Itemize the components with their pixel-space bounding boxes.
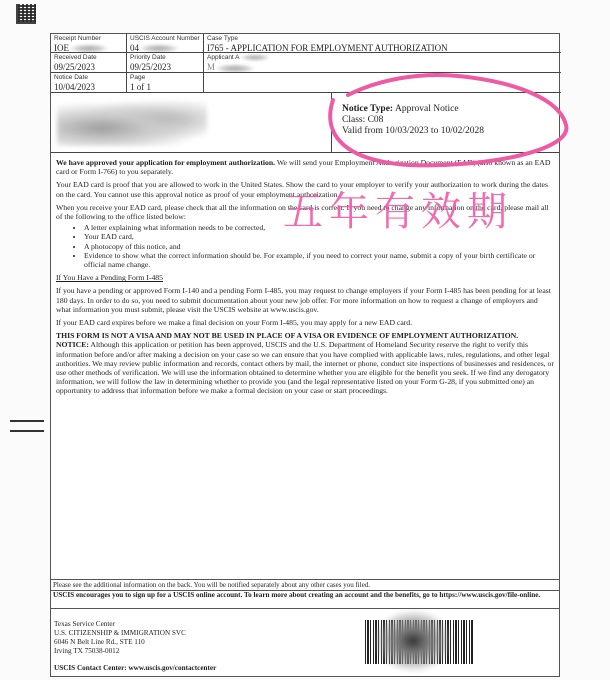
priority-date-value: 09/25/2023 [130, 62, 200, 72]
notice-class: Class: C08 [342, 115, 561, 126]
verification-notice: NOTICE: Although this application or pet… [56, 340, 554, 395]
redaction-blur [215, 64, 255, 73]
additional-info-row: Please see the additional information on… [51, 579, 559, 591]
not-a-visa-warning: THIS FORM IS NOT A VISA AND MAY NOT BE U… [56, 331, 554, 340]
ead-expiry-paragraph: If your EAD card expires before we make … [56, 318, 554, 327]
contact-center-line: USCIS Contact Center: www.uscis.gov/cont… [54, 664, 216, 672]
redaction-blur [373, 610, 453, 672]
i485-paragraph: If you have a pending or approved Form I… [56, 286, 554, 314]
receipt-number-value: IOE [54, 43, 69, 53]
datamatrix-code [16, 4, 36, 24]
service-center-address: Texas Service Center U.S. CITIZENSHIP & … [54, 620, 186, 656]
applicant-name-value: M [207, 62, 215, 72]
page-cell: Page 1 of 1 [127, 73, 204, 93]
applicant-cell: Applicant A M [204, 53, 561, 73]
approval-notice-page: Receipt Number IOE USCIS Account Number … [50, 33, 560, 677]
list-item: A photocopy of this notice, and [84, 242, 554, 251]
case-type-cell: Case Type I765 - APPLICATION FOR EMPLOYM… [204, 34, 561, 53]
notice-type-box: Notice Type: Approval Notice Class: C08 … [331, 93, 561, 152]
i485-heading: If You Have a Pending Form I-485 [56, 273, 554, 282]
empty-cell [204, 73, 561, 93]
scan-edge-mark [10, 420, 44, 422]
priority-date-cell: Priority Date 09/25/2023 [127, 53, 204, 73]
receipt-number-cell: Receipt Number IOE [51, 34, 127, 53]
notice-type-value: Approval Notice [395, 104, 459, 114]
page-value: 1 of 1 [130, 82, 200, 92]
approval-paragraph: We have approved your application for em… [56, 158, 554, 176]
scan-edge-mark [10, 430, 44, 432]
online-account-row: USCIS encourages you to sign up for a US… [51, 591, 559, 609]
validity-period: Valid from 10/03/2023 to 10/02/2028 [342, 126, 561, 137]
recipient-address-area: Notice Type: Approval Notice Class: C08 … [51, 93, 559, 153]
account-number-cell: USCIS Account Number 04 [127, 34, 204, 53]
redaction-blur [69, 44, 109, 53]
case-type-value: I765 - APPLICATION FOR EMPLOYMENT AUTHOR… [207, 43, 558, 53]
received-date-value: 09/25/2023 [54, 62, 123, 72]
received-date-cell: Received Date 09/25/2023 [51, 53, 127, 73]
annotation-validity-note: 五年有效期 [283, 190, 513, 234]
notice-date-value: 10/04/2023 [54, 82, 123, 92]
redacted-recipient-address [57, 101, 207, 146]
redaction-blur [139, 44, 179, 53]
list-item: Evidence to show what the correct inform… [84, 251, 554, 269]
account-number-value: 04 [130, 43, 139, 53]
redaction-blur [240, 54, 270, 61]
notice-date-cell: Notice Date 10/04/2023 [51, 73, 127, 93]
